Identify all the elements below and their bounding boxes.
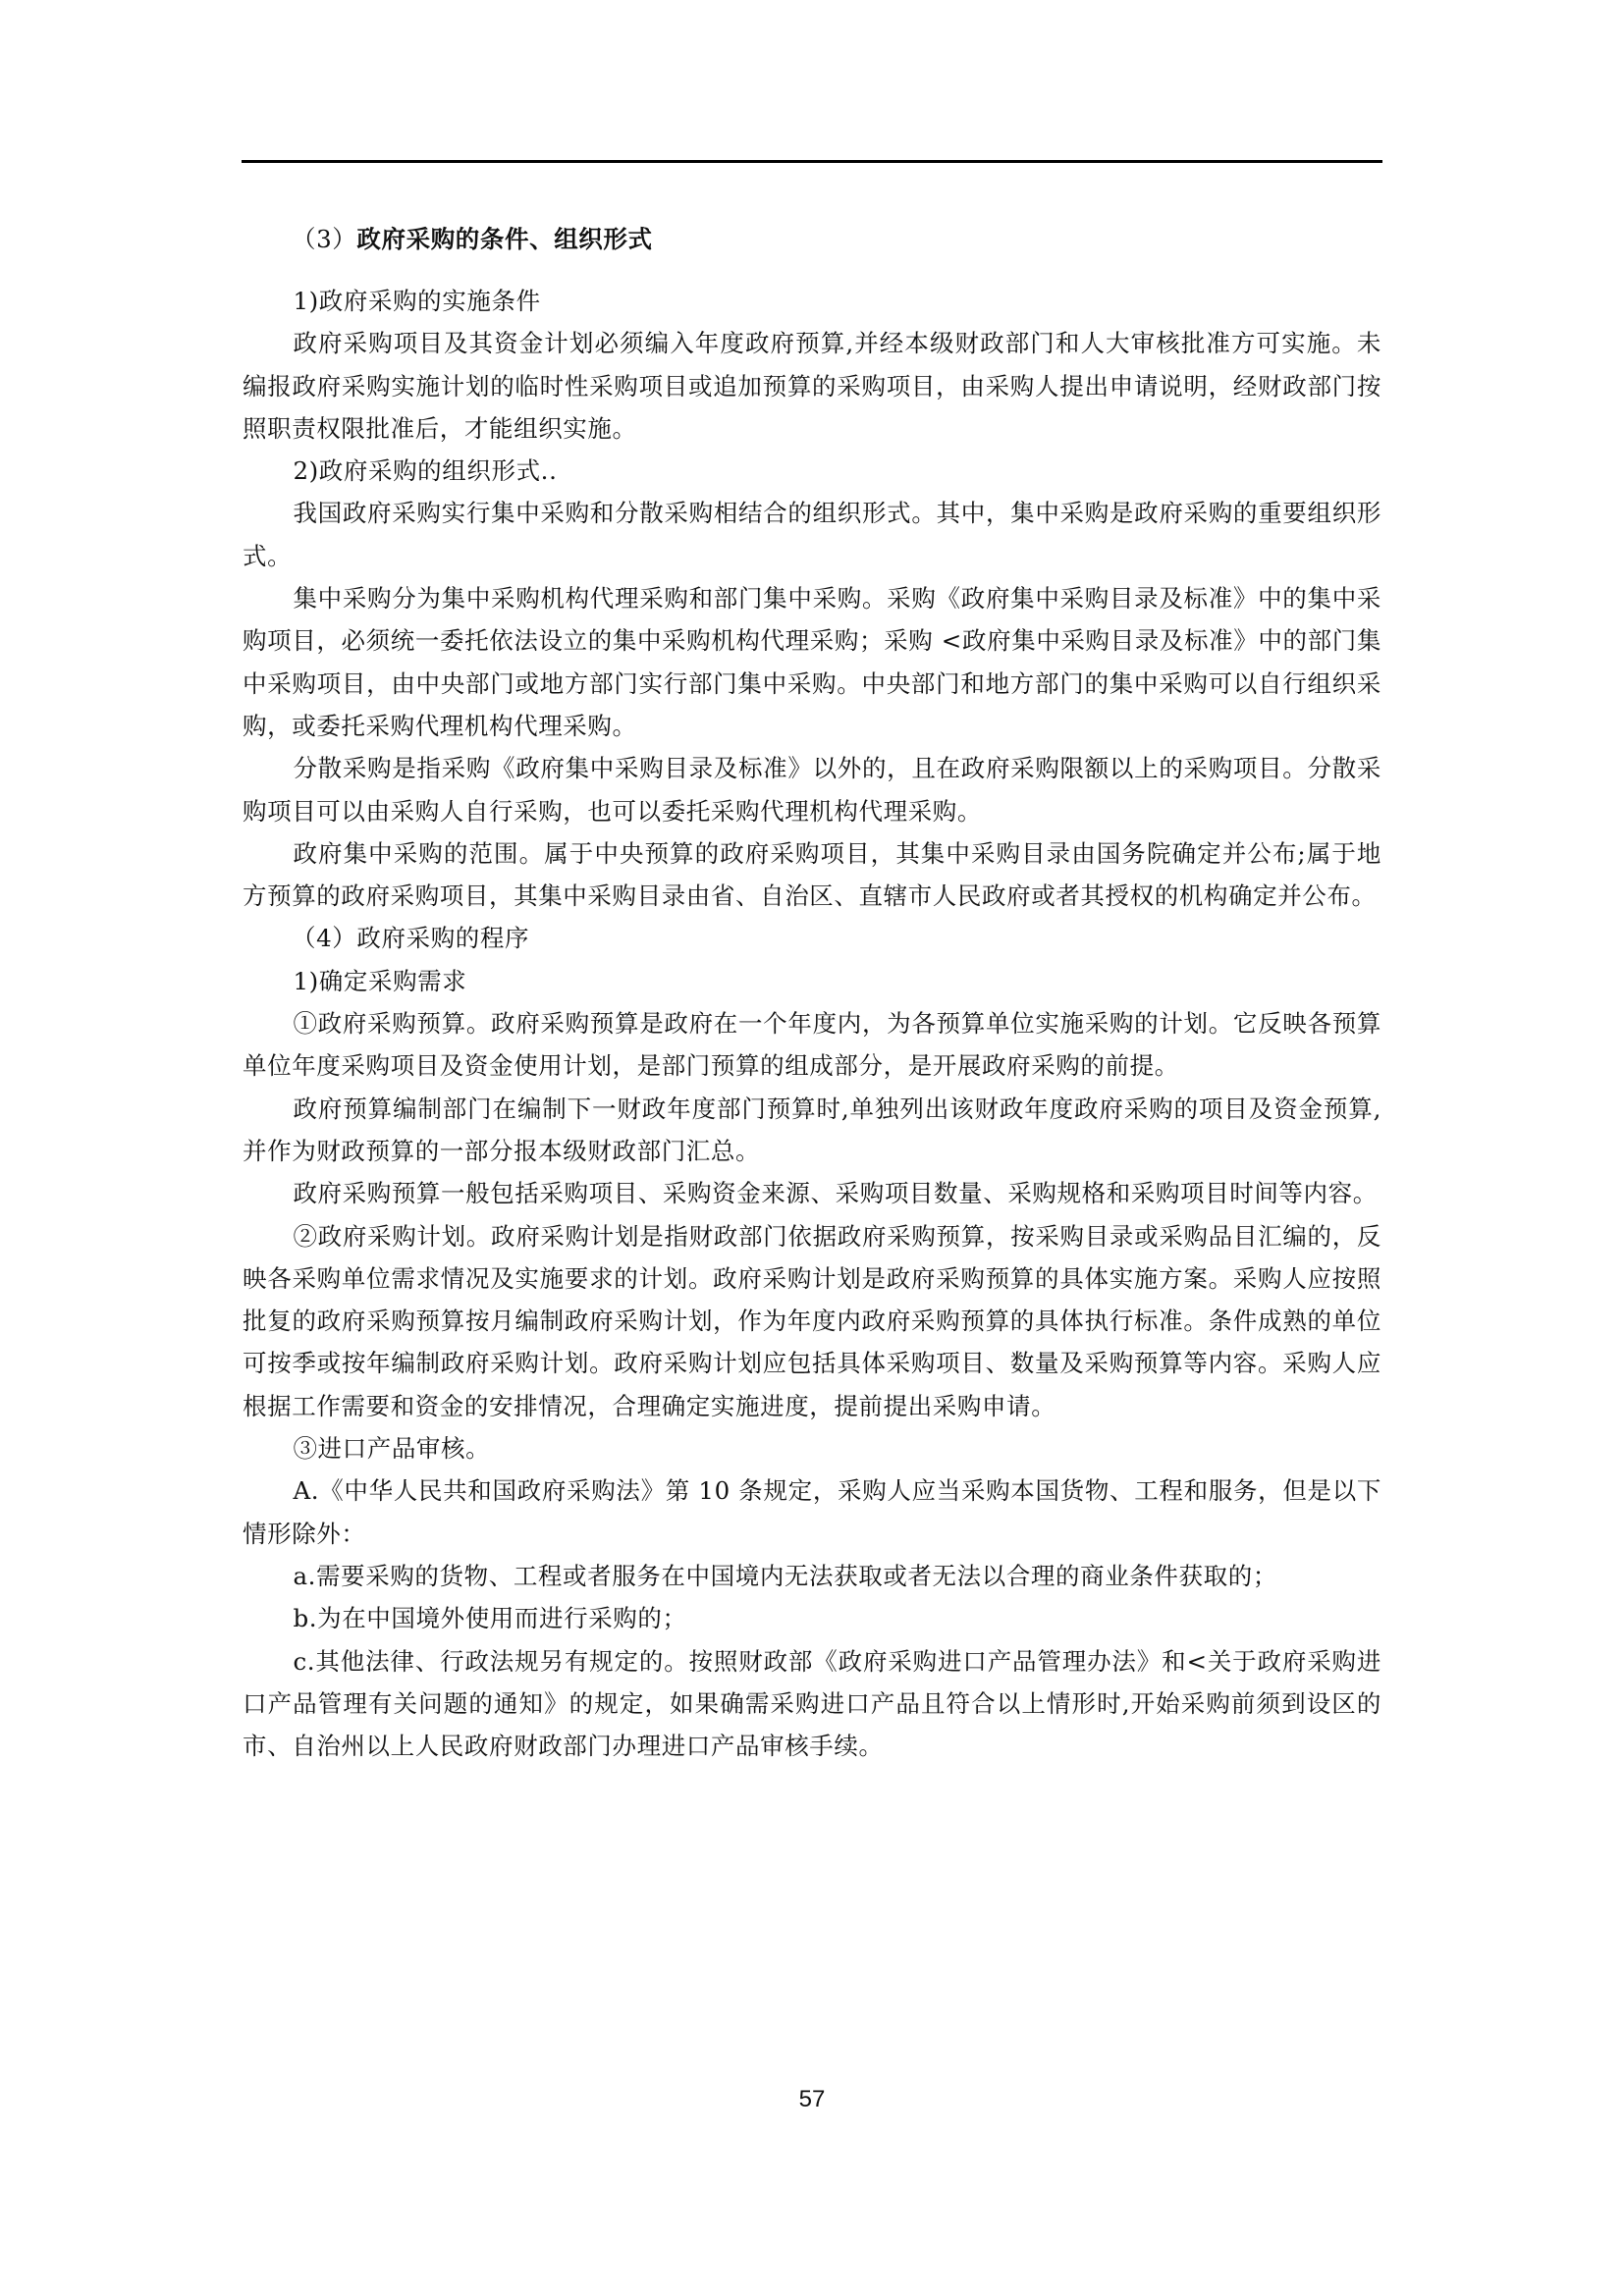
section-4-sub1-heading: 1)确定采购需求: [243, 960, 1381, 1002]
paragraph: ③进口产品审核。: [243, 1427, 1381, 1469]
section-3-number: （3）: [292, 225, 356, 253]
paragraph: b.为在中国境外使用而进行采购的；: [243, 1597, 1381, 1639]
section-4-heading: （4）政府采购的程序: [243, 917, 1381, 959]
paragraph: 分散采购是指采购《政府集中采购目录及标准》以外的，且在政府采购限额以上的采购项目…: [243, 747, 1381, 832]
paragraph: 政府集中采购的范围。属于中央预算的政府采购项目，其集中采购目录由国务院确定并公布…: [243, 832, 1381, 918]
section-4-title: 政府采购的程序: [356, 924, 529, 952]
paragraph: ①政府采购预算。政府采购预算是政府在一个年度内，为各预算单位实施采购的计划。它反…: [243, 1002, 1381, 1088]
section-3-heading: （3）政府采购的条件、组织形式: [243, 218, 1381, 260]
paragraph: 政府采购预算一般包括采购项目、采购资金来源、采购项目数量、采购规格和采购项目时间…: [243, 1172, 1381, 1214]
section-3-title: 政府采购的条件、组织形式: [356, 225, 652, 253]
header-rule: [242, 160, 1382, 163]
section-3-sub2-heading: 2)政府采购的组织形式..: [243, 450, 1381, 492]
paragraph: 政府采购项目及其资金计划必须编入年度政府预算,并经本级财政部门和人大审核批准方可…: [243, 322, 1381, 450]
page-content: （3）政府采购的条件、组织形式 1)政府采购的实施条件 政府采购项目及其资金计划…: [243, 218, 1381, 1767]
page-number: 57: [0, 2086, 1624, 2113]
paragraph: ②政府采购计划。政府采购计划是指财政部门依据政府采购预算，按采购目录或采购品目汇…: [243, 1215, 1381, 1427]
section-4-number: （4）: [292, 924, 356, 952]
paragraph: A.《中华人民共和国政府采购法》第 10 条规定，采购人应当采购本国货物、工程和…: [243, 1469, 1381, 1555]
paragraph: 政府预算编制部门在编制下一财政年度部门预算时,单独列出该财政年度政府采购的项目及…: [243, 1088, 1381, 1173]
paragraph: 我国政府采购实行集中采购和分散采购相结合的组织形式。其中，集中采购是政府采购的重…: [243, 492, 1381, 577]
paragraph: 集中采购分为集中采购机构代理采购和部门集中采购。采购《政府集中采购目录及标准》中…: [243, 577, 1381, 747]
section-3-sub1-heading: 1)政府采购的实施条件: [243, 280, 1381, 322]
paragraph: a.需要采购的货物、工程或者服务在中国境内无法获取或者无法以合理的商业条件获取的…: [243, 1555, 1381, 1597]
paragraph: c.其他法律、行政法规另有规定的。按照财政部《政府采购进口产品管理办法》和<关于…: [243, 1640, 1381, 1768]
